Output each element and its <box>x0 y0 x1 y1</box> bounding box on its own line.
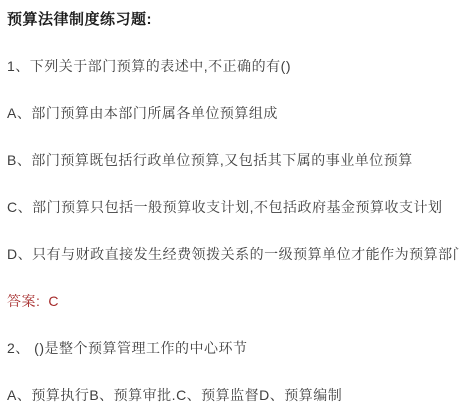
question-1-option-a: A、部门预算由本部门所属各单位预算组成 <box>7 104 451 123</box>
question-1-option-d: D、只有与财政直接发生经费领拨关系的一级预算单位才能作为预算部门 <box>7 245 451 264</box>
quiz-document: 预算法律制度练习题: 1、下列关于部门预算的表述中,不正确的有() A、部门预算… <box>0 0 459 405</box>
answer-label: 答案: <box>7 293 40 309</box>
answer-value: C <box>48 293 59 309</box>
question-2-options-inline: A、预算执行B、预算审批.C、预算监督D、预算编制 <box>7 386 451 405</box>
question-1-text: 1、下列关于部门预算的表述中,不正确的有() <box>7 57 451 76</box>
question-2-text: 2、 ()是整个预算管理工作的中心环节 <box>7 339 451 358</box>
question-1-option-c: C、部门预算只包括一般预算收支计划,不包括政府基金预算收支计划 <box>7 198 451 217</box>
answer-line: 答案:C <box>7 292 451 311</box>
page-title: 预算法律制度练习题: <box>7 10 451 30</box>
question-1-option-b: B、部门预算既包括行政单位预算,又包括其下属的事业单位预算 <box>7 151 451 170</box>
